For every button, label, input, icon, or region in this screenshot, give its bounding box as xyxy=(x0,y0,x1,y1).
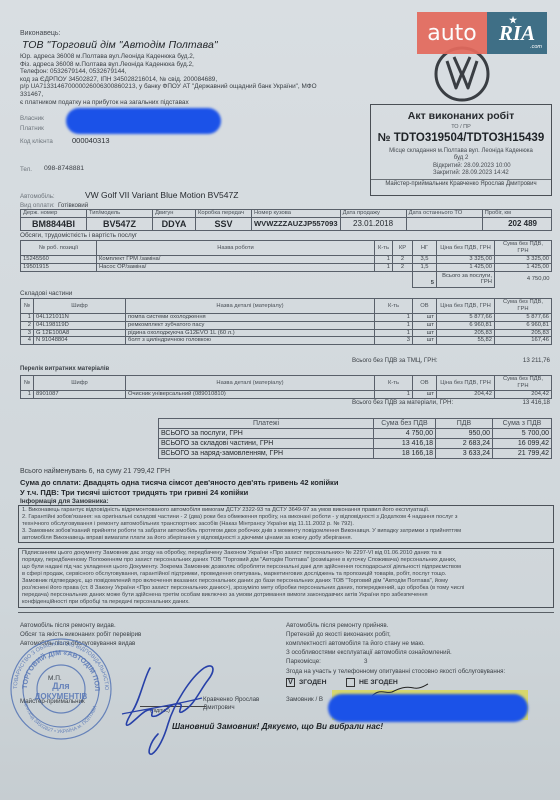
watermark-com: .com xyxy=(530,44,542,50)
payment-net: 18 166,18 xyxy=(374,449,436,459)
accept-line: Автомобіль після ремонту прийняв. xyxy=(286,622,388,629)
services-total-label: Всього за послуги, ГРН xyxy=(437,271,495,287)
payments-header: Сума без ПДВ xyxy=(374,419,436,429)
divider xyxy=(18,612,554,613)
handover-line: Автомобіль після ремонту видав. xyxy=(20,622,116,629)
service-kr: 2 xyxy=(393,256,413,264)
act-closed: Закритий: 28.09.2023 14:42 xyxy=(371,170,551,178)
part-price: 6 960,81 xyxy=(437,321,495,329)
consent-line: порядку, передбаченому Положенням про за… xyxy=(22,557,550,564)
seller-block: Виконавець: ТОВ "Торговий дім "Автодім П… xyxy=(20,30,317,106)
service-price: 1 425,00 xyxy=(437,263,495,271)
agree-checkbox[interactable]: V xyxy=(286,678,295,687)
model-code: BV547Z xyxy=(87,218,153,231)
part-qty: 1 xyxy=(375,321,413,329)
table-row: 3 G 12E100A8 рідина охолоджуюча G12EVO 1… xyxy=(21,329,552,337)
part-sum: 5 877,66 xyxy=(495,314,552,322)
consumable-index: 1 xyxy=(21,391,34,399)
consumables-total: 13 416,18 xyxy=(522,399,550,406)
payment-vat: 950,00 xyxy=(436,429,493,439)
service-name: Насос ОР/заміна/ xyxy=(97,263,375,271)
accept-line: комплектності автомобіля та його стану н… xyxy=(286,640,425,647)
consent-line: що були надані під час укладення цього Д… xyxy=(22,564,550,571)
act-number: № TDTO319504/TDTO3H15439 xyxy=(371,132,551,144)
table-row: 2 04L198119D ремкомплект зубчатого пасу … xyxy=(21,321,552,329)
sale-date: 23.01.2018 xyxy=(340,218,406,231)
client-code: 000040313 xyxy=(72,137,110,144)
seller-line: Телефон: 0532679144, 0532679144, xyxy=(20,68,317,76)
service-qty: 1 xyxy=(375,256,393,264)
table-row: 19501915 Насос ОР/заміна/ 1 2 1,5 1 425,… xyxy=(21,263,552,271)
services-header: КР xyxy=(393,241,413,256)
redaction-blob xyxy=(66,108,221,134)
vehicle-header: Пробіг, км xyxy=(482,210,551,218)
part-qty: 1 xyxy=(375,314,413,322)
vehicle-header: Тип/модель xyxy=(87,210,153,218)
vat-amount: У т.ч. ПДВ: Три тисячі шістсот тридцять … xyxy=(20,488,248,497)
vehicle-header: Коробка передач xyxy=(196,210,252,218)
company-stamp-icon: ТОВАРИСТВО З ОБМЕЖЕНОЮ ВІДПОВІДАЛЬНІСТЮ … xyxy=(8,636,114,742)
owner-label: Власник xyxy=(20,115,44,122)
agree-label: ЗГОДЕН xyxy=(299,679,327,686)
parts-header: К-ть xyxy=(375,299,413,314)
mp-label: М.П. xyxy=(48,675,62,682)
act-title: Акт виконаних робіт xyxy=(371,110,551,122)
payment-label: ВСЬОГО за складові частини, ГРН xyxy=(159,439,374,449)
plate-number: BM8844BI xyxy=(21,218,87,231)
part-name: помпа системи охолодження xyxy=(126,314,375,322)
consent-line: роз'яснені його права (ст. 8 Закону Укра… xyxy=(22,585,550,592)
table-row: 15245560 Комплект ГРМ /заміна/ 1 2 3,5 3… xyxy=(21,256,552,264)
table-row: 4 N 91048804 болт з циліндричною головко… xyxy=(21,337,552,345)
part-price: 205,83 xyxy=(437,329,495,337)
master-signature-icon xyxy=(110,650,230,760)
payer-label: Платник xyxy=(20,125,44,132)
consumables-table: № Шифр Назва деталі (матеріалу) К-ть ОВ … xyxy=(20,375,552,399)
phone: 098-8748881 xyxy=(44,165,84,172)
consent-line: в сфері продаж, сервісного обслуговуванн… xyxy=(22,571,550,578)
consumable-unit: шт xyxy=(413,391,437,399)
payments-header: Платежі xyxy=(159,419,374,429)
stamp-center-1: Для xyxy=(52,681,69,691)
info-line: 3. Замовник зобов'язаний прийняти роботи… xyxy=(22,528,550,535)
consent-line: Замовник підтверджує, що повідомлений пр… xyxy=(22,578,550,585)
part-index: 4 xyxy=(21,337,34,345)
services-header: № роб. позиції xyxy=(21,241,97,256)
parts-total-label: Всього без ПДВ за ТМЦ, ГРН: xyxy=(352,357,438,364)
services-total: 4 750,00 xyxy=(495,271,552,287)
client-code-label: Код клієнта xyxy=(20,138,53,145)
consumables-header: Шифр xyxy=(34,376,126,391)
parking-value: 3 xyxy=(364,658,367,665)
consumable-code: 8901087 xyxy=(34,391,126,399)
parts-header: ОВ xyxy=(413,299,437,314)
vehicle-header: Дата останнього ТО xyxy=(406,210,482,218)
seller-line: р/р UA713314670000026006300860213, у бан… xyxy=(20,83,317,91)
part-sum: 6 960,81 xyxy=(495,321,552,329)
payments-table: Платежі Сума без ПДВ ПДВ Сума з ПДВ ВСЬО… xyxy=(158,418,552,459)
part-code: 04L121011N xyxy=(34,314,126,322)
parts-header: Ціна без ПДВ, ГРН xyxy=(437,299,495,314)
customer-label: Замовник / В xyxy=(286,696,323,703)
table-row: 1 8901087 Очисник універсальний (0890108… xyxy=(21,391,552,399)
payment-vat: 2 683,24 xyxy=(436,439,493,449)
services-header: Назва роботи xyxy=(97,241,375,256)
consumable-qty: 1 xyxy=(375,391,413,399)
survey-question: Згода на участь у телефонному опитуванні… xyxy=(286,668,505,675)
services-header: Ціна без ПДВ, ГРН xyxy=(437,241,495,256)
service-code: 15245560 xyxy=(21,256,97,264)
consent-line: передача) персональних даних може бути з… xyxy=(22,592,550,599)
info-line: технічного обслуговування і ремонту авто… xyxy=(22,521,550,528)
parts-table: № Шифр Назва деталі (матеріалу) К-ть ОВ … xyxy=(20,298,552,345)
watermark-ria: ★ RIA .com xyxy=(487,12,547,54)
mileage: 202 489 xyxy=(482,218,551,231)
consumables-header: Сума без ПДВ, ГРН xyxy=(495,376,552,391)
part-index: 1 xyxy=(21,314,34,322)
stamp-bottom-text: Ідент.код 34502827 • УКРАЇНА м. ПОЛТАВА xyxy=(22,700,98,735)
service-code: 19501915 xyxy=(21,263,97,271)
act-location: Місце складання м.Полтава вул. Леоніда К… xyxy=(371,148,551,163)
service-price: 3 325,00 xyxy=(437,256,495,264)
parts-header: Назва деталі (матеріалу) xyxy=(126,299,375,314)
consumables-header: Назва деталі (матеріалу) xyxy=(126,376,375,391)
car-label: Автомобіль: xyxy=(20,193,55,200)
car-model: VW Golf VII Variant Blue Motion BV547Z xyxy=(85,190,238,200)
accept-line: З особливостями експлуатації автомобіля … xyxy=(286,649,452,656)
vehicle-header: Двигун xyxy=(153,210,196,218)
amount-due: Сума до сплати: Двадцять одна тисяча сім… xyxy=(20,478,338,487)
services-header: НГ xyxy=(413,241,437,256)
consumables-total-label: Всього без ПДВ за матеріали, ГРН: xyxy=(352,399,453,406)
table-row: ВСЬОГО за наряд-замовленням, ГРН 18 166,… xyxy=(159,449,552,459)
part-name: рідина охолоджуюча G12EVO 1L (60 л.) xyxy=(126,329,375,337)
consent-line: конфіденційності при обробці та передачі… xyxy=(22,599,550,606)
services-header: К-ть xyxy=(375,241,393,256)
info-line: 1. Виконавець гарантує відповідність від… xyxy=(22,507,550,514)
service-name: Комплект ГРМ /заміна/ xyxy=(97,256,375,264)
payment-label: ВСЬОГО за наряд-замовленням, ГРН xyxy=(159,449,374,459)
vehicle-table: Держ. номер Тип/модель Двигун Коробка пе… xyxy=(20,209,552,231)
parts-header: Шифр xyxy=(34,299,126,314)
services-total-hours: 5 xyxy=(413,271,437,287)
parts-header: Сума без ПДВ, ГРН xyxy=(495,299,552,314)
seller-line: є платником податку на прибуток на загал… xyxy=(20,99,317,107)
vehicle-header: Дата продажу xyxy=(340,210,406,218)
part-code: 04L198119D xyxy=(34,321,126,329)
gearbox-code: SSV xyxy=(196,218,252,231)
seller-caption: Виконавець: xyxy=(20,30,317,37)
phone-label: Тел. xyxy=(20,166,32,173)
watermark-auto: auto xyxy=(417,12,487,54)
part-index: 3 xyxy=(21,329,34,337)
redaction-blob xyxy=(328,694,528,722)
seller-line: Юр. адреса 36008 м.Полтава вул.Леоніда К… xyxy=(20,53,317,61)
service-kr: 2 xyxy=(393,263,413,271)
services-table: № роб. позиції Назва роботи К-ть КР НГ Ц… xyxy=(20,240,552,288)
svg-text:Ідент.код 34502827 • УКРАЇНА м: Ідент.код 34502827 • УКРАЇНА м. ПОЛТАВА xyxy=(22,700,98,735)
star-icon: ★ xyxy=(509,15,517,26)
autoria-watermark[interactable]: auto ★ RIA .com xyxy=(417,12,547,54)
vehicle-header: Держ. номер xyxy=(21,210,87,218)
act-type: ТО / ПР xyxy=(371,124,551,130)
part-name: ремкомплект зубчатого пасу xyxy=(126,321,375,329)
part-index: 2 xyxy=(21,321,34,329)
part-price: 55,82 xyxy=(437,337,495,345)
payment-net: 13 416,18 xyxy=(374,439,436,449)
payment-net: 4 750,00 xyxy=(374,429,436,439)
consumable-price: 204,42 xyxy=(437,391,495,399)
part-sum: 167,46 xyxy=(495,337,552,345)
payment-gross: 5 700,00 xyxy=(493,429,552,439)
consent-line: Підписанням цього документу Замовник дає… xyxy=(22,550,550,557)
parts-title: Складові частини xyxy=(20,290,72,297)
service-hours: 3,5 xyxy=(413,256,437,264)
service-sum: 1 425,00 xyxy=(495,263,552,271)
part-qty: 3 xyxy=(375,337,413,345)
table-row: ВСЬОГО за складові частини, ГРН 13 416,1… xyxy=(159,439,552,449)
info-line: автомобіля Виконавець вправі вимагати пл… xyxy=(22,535,550,542)
seller-line: Фіз. адреса 36008 м.Полтава вул.Леоніда … xyxy=(20,61,317,69)
payments-header: Сума з ПДВ xyxy=(493,419,552,429)
part-price: 5 877,66 xyxy=(437,314,495,322)
payment-gross: 16 099,42 xyxy=(493,439,552,449)
disagree-checkbox[interactable] xyxy=(346,678,355,687)
part-code: N 91048804 xyxy=(34,337,126,345)
payment-label: ВСЬОГО за послуги, ГРН xyxy=(159,429,374,439)
consent-box: Підписанням цього документу Замовник дає… xyxy=(18,548,554,608)
info-line: 2. Гарантійні зобов'язання: на оригіналь… xyxy=(22,514,550,521)
service-hours: 1,5 xyxy=(413,263,437,271)
engine-code: DDYA xyxy=(153,218,196,231)
consumables-header: ОВ xyxy=(413,376,437,391)
payment-vat: 3 633,24 xyxy=(436,449,493,459)
consumables-title: Перелік витратних матеріалів xyxy=(20,366,109,372)
part-unit: шт xyxy=(413,321,437,329)
parts-header: № xyxy=(21,299,34,314)
services-header: Сума без ПДВ, ГРН xyxy=(495,241,552,256)
payment-gross: 21 799,42 xyxy=(493,449,552,459)
vin: WVWZZZAUZJP557093 xyxy=(252,218,341,231)
part-sum: 205,83 xyxy=(495,329,552,337)
last-service-date xyxy=(406,218,482,231)
info-title: Інформація для Замовника: xyxy=(20,498,109,505)
consumable-name: Очисник універсальний (089010810) xyxy=(126,391,375,399)
agree-option[interactable]: V ЗГОДЕН xyxy=(286,678,327,687)
service-sum: 3 325,00 xyxy=(495,256,552,264)
consumables-header: № xyxy=(21,376,34,391)
services-title: Обсяги, трудомісткість і вартість послуг xyxy=(20,232,137,239)
customer-info-box: 1. Виконавець гарантує відповідність від… xyxy=(18,505,554,543)
seller-line: 331467, xyxy=(20,91,317,99)
consumables-header: Ціна без ПДВ, ГРН xyxy=(437,376,495,391)
seller-company: ТОВ "Торговий дім "Автодім Полтава" xyxy=(22,39,317,51)
part-unit: шт xyxy=(413,337,437,345)
service-qty: 1 xyxy=(375,263,393,271)
consumables-header: К-ть xyxy=(375,376,413,391)
consumable-sum: 204,42 xyxy=(495,391,552,399)
table-row: 1 04L121011N помпа системи охолодження 1… xyxy=(21,314,552,322)
accept-line: Претензій до якості виконаних робіт, xyxy=(286,631,391,638)
part-qty: 1 xyxy=(375,329,413,337)
part-name: болт з циліндричною головкою xyxy=(126,337,375,345)
parts-total: 13 211,76 xyxy=(523,357,550,364)
thanks-message: Шановний Замовник! Дякуємо, що Ви вибрал… xyxy=(172,722,383,731)
vehicle-header: Номер кузова xyxy=(252,210,341,218)
payments-header: ПДВ xyxy=(436,419,493,429)
parking-label: Паркомісце: xyxy=(286,658,321,665)
act-master: Майстер-приймальник Кравченко Ярослав Дм… xyxy=(371,179,551,187)
master-label: Майстер-приймальник xyxy=(20,698,85,705)
table-row: ВСЬОГО за послуги, ГРН 4 750,00 950,00 5… xyxy=(159,429,552,439)
items-total: Всього найменувань 6, на суму 21 799,42 … xyxy=(20,468,170,475)
part-unit: шт xyxy=(413,329,437,337)
act-box: Акт виконаних робіт ТО / ПР № TDTO319504… xyxy=(370,104,552,196)
part-unit: шт xyxy=(413,314,437,322)
part-code: G 12E100A8 xyxy=(34,329,126,337)
